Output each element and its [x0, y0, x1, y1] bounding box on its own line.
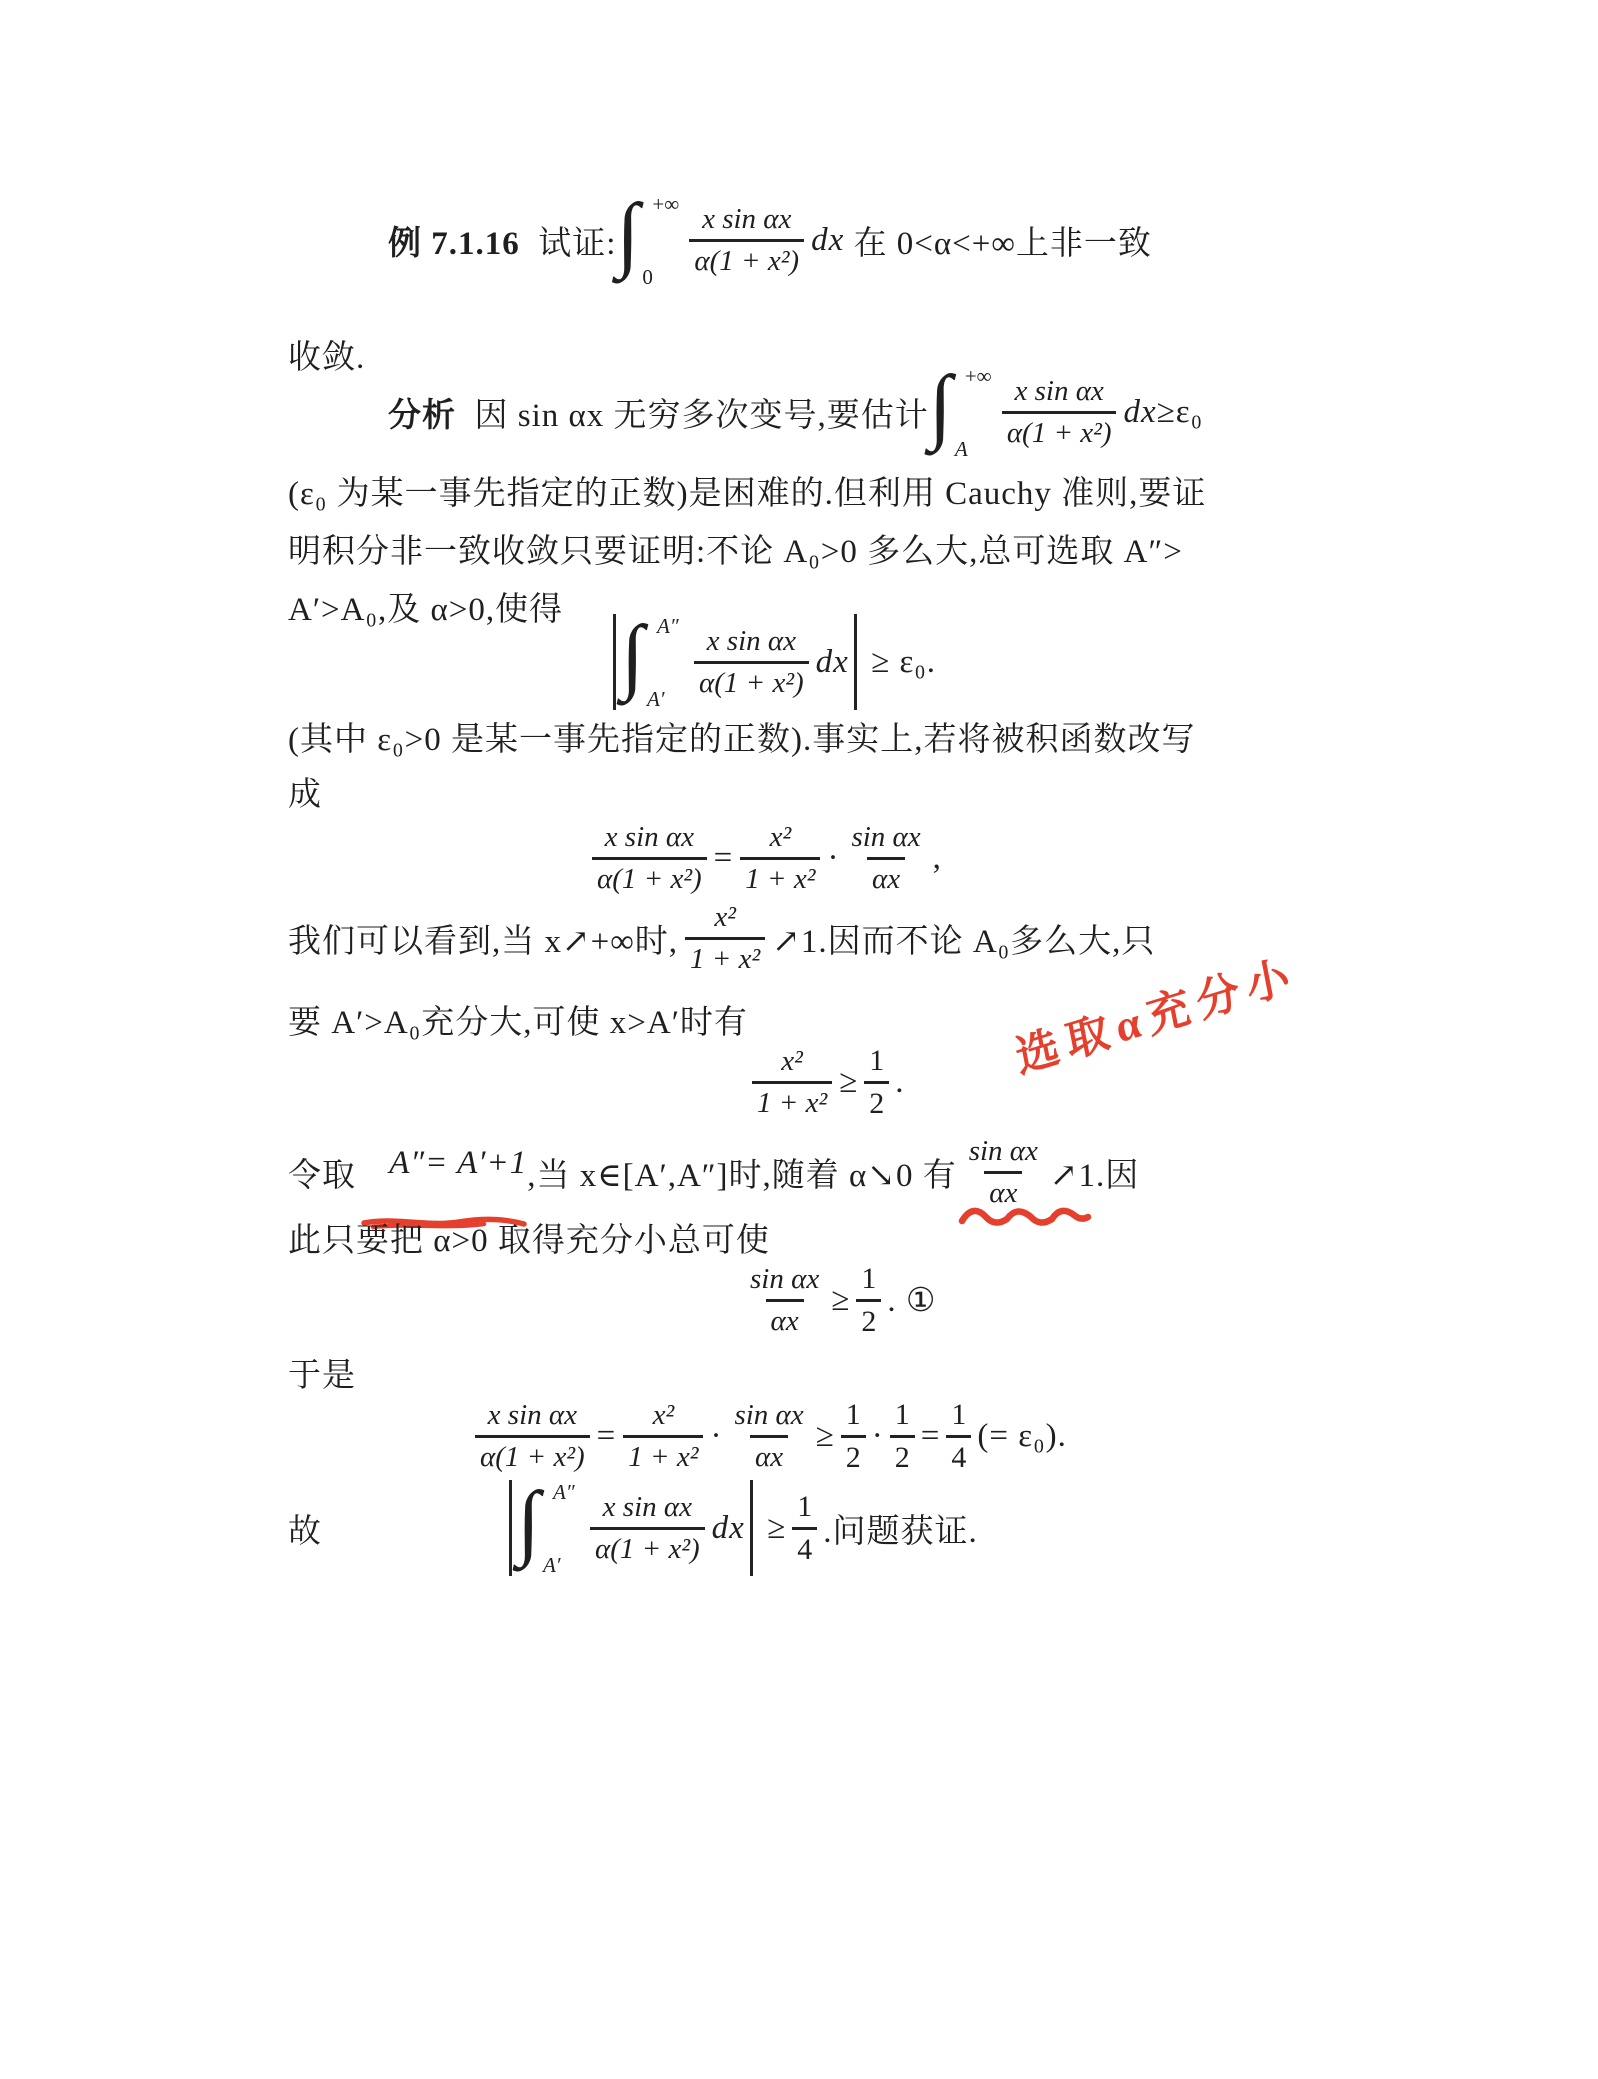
integrand-fraction: x sin αx α(1 + x²) [590, 1491, 705, 1565]
analysis-first-line: 分析 因 sin αx 无穷多次变号,要估计 ∫ +∞ A x sin αx α… [388, 360, 1203, 464]
differential: dx [811, 222, 844, 259]
fraction: x² 1 + x² [623, 1399, 703, 1473]
inline-fraction: sin αx αx [964, 1135, 1043, 1209]
integral-upper-limit: A″ [657, 614, 679, 639]
period: . [895, 1064, 904, 1101]
display-formula-chain: x sin αx α(1 + x²) = x² 1 + x² · sin αx … [468, 1398, 1067, 1474]
equals-sign: = [921, 1418, 941, 1455]
fraction-denominator: α(1 + x²) [694, 661, 809, 699]
differential: dx [816, 644, 849, 681]
fraction-numerator: 1 [946, 1398, 971, 1435]
fraction-numerator: x² [709, 901, 741, 936]
analysis-label: 分析 [388, 389, 456, 436]
paragraph-line: (其中 ε₀>0 是某一事先指定的正数).事实上,若将被积函数改写 [288, 713, 1195, 760]
abs-bar-right [854, 614, 857, 710]
equation-number: . ① [887, 1280, 936, 1320]
fraction: sin αx αx [745, 1263, 824, 1337]
multiplication-dot: · [827, 840, 839, 877]
prove-prompt: 试证: [520, 217, 617, 264]
fraction-numerator: x sin αx [600, 821, 699, 856]
differential: dx [712, 1510, 745, 1547]
analysis-paragraph-line: (ε₀ 为某一事先指定的正数)是困难的.但利用 Cauchy 准则,要证 [288, 467, 1206, 514]
fraction-numerator: 1 [890, 1398, 915, 1435]
geq-sign: ≥ [831, 1282, 850, 1319]
comma: , [933, 840, 942, 877]
fraction-numerator: sin αx [846, 821, 925, 856]
display-formula-sinc-bound: sin αx αx ≥ 1 2 . ① [738, 1262, 936, 1338]
fraction-one-half: 1 2 [864, 1044, 889, 1120]
wavy-marked-fraction-wrap: sin αx αx [957, 1135, 1050, 1209]
abs-bar-right [750, 1480, 753, 1576]
fraction-denominator: αx [867, 857, 905, 895]
integral-lower-limit: A′ [543, 1553, 560, 1578]
fraction-denominator: 4 [792, 1527, 817, 1567]
fraction-denominator: 2 [856, 1299, 881, 1339]
fraction-numerator: 1 [841, 1398, 866, 1435]
display-formula-cauchy: ∫ A″ A′ x sin αx α(1 + x²) dx ≥ ε₀. [608, 612, 936, 712]
fraction-denominator: α(1 + x²) [475, 1435, 590, 1473]
integral-sign: ∫ A″ A′ [517, 1478, 583, 1578]
statement-wrap-line: 收敛. [288, 331, 365, 378]
integrand-fraction: x sin αx α(1 + x²) [689, 203, 804, 277]
fraction-denominator: 2 [890, 1435, 915, 1475]
paragraph-with-marks: 令取 A″= A′+1 ,当 x∈[A′,A″]时,随着 α↘0 有 sin α… [288, 1134, 1139, 1210]
geq-sign: ≥ [839, 1064, 858, 1101]
integrand-fraction: x sin αx α(1 + x²) [1002, 375, 1117, 449]
handwritten-wavy-underline [957, 1201, 1093, 1235]
paragraph-line: 要 A′>A₀充分大,可使 x>A′时有 [288, 996, 748, 1043]
integral-upper-limit: A″ [553, 1480, 575, 1505]
fraction: x² 1 + x² [740, 821, 820, 895]
paragraph-text: ↗1.因而不论 A₀多么大,只 [772, 915, 1155, 962]
fraction-numerator: sin αx [729, 1399, 808, 1434]
fraction-numerator: x² [776, 1045, 808, 1080]
fraction-one-half: 1 2 [890, 1398, 915, 1474]
fraction-numerator: x² [648, 1399, 680, 1434]
paragraph-text: 我们可以看到,当 x↗+∞时, [288, 915, 678, 962]
fraction-denominator: αx [766, 1299, 804, 1337]
paragraph-line: 成 [288, 768, 322, 815]
paragraph-text: 令取 [288, 1149, 365, 1196]
fraction: x sin αx α(1 + x²) [475, 1399, 590, 1473]
fraction-denominator: 4 [946, 1435, 971, 1475]
fraction-numerator: sin αx [964, 1135, 1043, 1170]
integral-glyph: ∫ [929, 356, 952, 456]
integral-sign: ∫ +∞ A [929, 362, 995, 462]
geq-epsilon: ≥ε₀ [1157, 394, 1203, 431]
integral-lower-limit: A [955, 437, 968, 462]
scanned-textbook-page: 例 7.1.16 试证: ∫ +∞ 0 x sin αx α(1 + x²) d… [0, 0, 1598, 2079]
paragraph-with-inline-fraction: 我们可以看到,当 x↗+∞时, x² 1 + x² ↗1.因而不论 A₀多么大,… [288, 900, 1155, 976]
analysis-text-1: 因 sin αx 无穷多次变号,要估计 [456, 389, 929, 436]
integrand-fraction: x sin αx α(1 + x²) [694, 625, 809, 699]
therefore-word: 故 [288, 1505, 322, 1552]
epsilon-note: (= ε₀). [977, 1418, 1066, 1455]
differential: dx [1123, 394, 1156, 431]
fraction: sin αx αx [846, 821, 925, 895]
fraction-one-quarter: 1 4 [792, 1490, 817, 1566]
fraction-one-half: 1 2 [841, 1398, 866, 1474]
fraction-denominator: α(1 + x²) [1002, 411, 1117, 449]
integral-sign: ∫ +∞ 0 [616, 190, 682, 290]
geq-sign: ≥ [816, 1418, 835, 1455]
qed-text: .问题获证. [823, 1505, 978, 1552]
fraction-one-quarter: 1 4 [946, 1398, 971, 1474]
inline-fraction: x² 1 + x² [685, 901, 765, 975]
equals-sign: = [714, 840, 734, 877]
integral-lower-limit: A′ [647, 687, 664, 712]
integral-upper-limit: +∞ [652, 192, 679, 217]
fraction-denominator: 2 [864, 1081, 889, 1121]
integral-upper-limit: +∞ [965, 364, 992, 389]
fraction-numerator: sin αx [745, 1263, 824, 1298]
paragraph-text: ,当 x∈[A′,A″]时,随着 α↘0 有 [527, 1149, 956, 1196]
fraction-denominator: α(1 + x²) [689, 239, 804, 277]
fraction-numerator: 1 [792, 1490, 817, 1527]
multiplication-dot: · [872, 1418, 884, 1455]
fraction-numerator: x² [765, 821, 797, 856]
fraction-numerator: 1 [856, 1262, 881, 1299]
integral-glyph: ∫ [621, 606, 644, 706]
fraction-numerator: x sin αx [483, 1399, 582, 1434]
example-label: 例 7.1.16 [388, 217, 520, 264]
fraction-numerator: x sin αx [1009, 375, 1108, 410]
equals-sign: = [597, 1418, 617, 1455]
geq-sign: ≥ [758, 1510, 786, 1547]
fraction-numerator: x sin αx [598, 1491, 697, 1526]
statement-tail: 在 0<α<+∞上非一致 [844, 217, 1152, 264]
fraction-numerator: 1 [864, 1044, 889, 1081]
conclusion-line: 故 ∫ A″ A′ x sin αx α(1 + x²) dx ≥ 1 4 .问… [288, 1478, 978, 1578]
abs-bar-left [509, 1480, 512, 1576]
paragraph-line: 此只要把 α>0 取得充分小总可使 [288, 1214, 770, 1261]
fraction-denominator: 1 + x² [740, 857, 820, 895]
integral-glyph: ∫ [517, 1472, 540, 1572]
fraction-numerator: x sin αx [702, 625, 801, 660]
fraction: x² 1 + x² [752, 1045, 832, 1119]
paragraph-text: ↗1.因 [1050, 1149, 1139, 1196]
fraction-one-half: 1 2 [856, 1262, 881, 1338]
paragraph-line: 于是 [288, 1349, 356, 1396]
underlined-expression-wrap: A″= A′+1 [365, 1127, 527, 1218]
fraction-denominator: 2 [841, 1435, 866, 1475]
fraction: x sin αx α(1 + x²) [592, 821, 707, 895]
fraction-denominator: 1 + x² [752, 1081, 832, 1119]
fraction-numerator: x sin αx [697, 203, 796, 238]
fraction: sin αx αx [729, 1399, 808, 1473]
fraction-denominator: α(1 + x²) [592, 857, 707, 895]
multiplication-dot: · [710, 1418, 722, 1455]
underlined-expression: A″= A′+1 [389, 1145, 527, 1181]
integral-lower-limit: 0 [642, 265, 653, 290]
fraction-denominator: αx [750, 1435, 788, 1473]
example-statement-line: 例 7.1.16 试证: ∫ +∞ 0 x sin αx α(1 + x²) d… [388, 192, 1152, 288]
abs-bar-left [613, 614, 616, 710]
integral-sign: ∫ A″ A′ [621, 612, 687, 712]
fraction-denominator: α(1 + x²) [590, 1527, 705, 1565]
geq-epsilon: ≥ ε₀. [862, 644, 936, 681]
analysis-paragraph-line: A′>A₀,及 α>0,使得 [288, 583, 563, 630]
display-formula-rewrite: x sin αx α(1 + x²) = x² 1 + x² · sin αx … [585, 820, 942, 896]
fraction-denominator: 1 + x² [623, 1435, 703, 1473]
display-formula-half-bound: x² 1 + x² ≥ 1 2 . [745, 1044, 905, 1120]
fraction-denominator: 1 + x² [685, 937, 765, 975]
integral-glyph: ∫ [616, 184, 639, 284]
analysis-paragraph-line: 明积分非一致收敛只要证明:不论 A₀>0 多么大,总可选取 A″> [288, 525, 1183, 572]
